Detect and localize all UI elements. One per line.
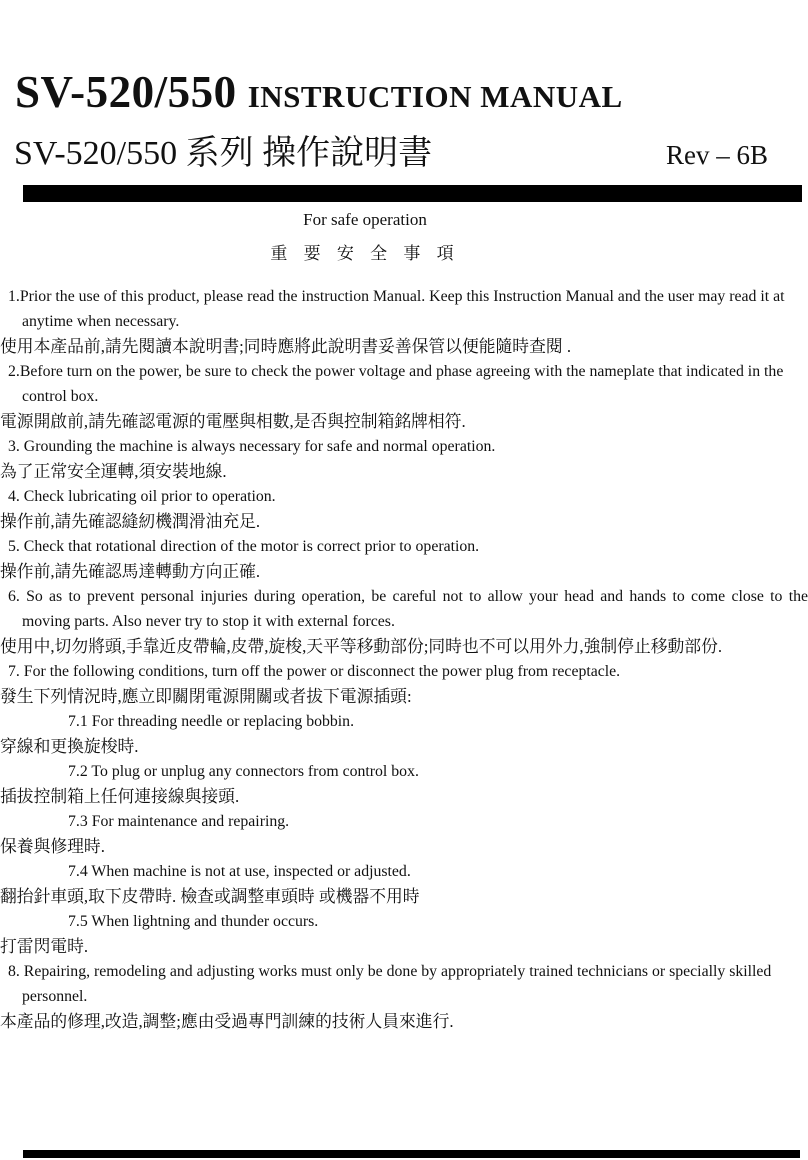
item-number: 2. — [8, 363, 20, 380]
item-number: 7.4 — [68, 863, 91, 880]
list-item: 8. Repairing, remodeling and adjusting w… — [0, 959, 808, 1034]
important-safety-heading-zh: 重 要 安 全 事 項 — [0, 243, 730, 265]
revision-label: Rev – 6B — [666, 142, 768, 169]
page-title: SV-520/550INSTRUCTION MANUAL — [15, 70, 808, 115]
item-text-zh: 使用中,切勿將頭,手靠近皮帶輪,皮帶,旋梭,天平等移動部份;同時也不可以用外力,… — [0, 634, 808, 659]
manual-page: SV-520/550INSTRUCTION MANUAL SV-520/550 … — [0, 0, 808, 1160]
item-text-en: To plug or unplug any connectors from co… — [91, 763, 419, 780]
footer-rule — [23, 1150, 800, 1158]
item-number: 6. — [8, 588, 26, 605]
item-number: 7.1 — [68, 713, 92, 730]
safety-instructions-list: 1.Prior the use of this product, please … — [0, 284, 808, 1034]
header-rule — [23, 185, 802, 202]
item-line-en: 7.1 For threading needle or replacing bo… — [0, 709, 808, 734]
list-item: 7.2 To plug or unplug any connectors fro… — [0, 759, 808, 809]
list-item: 3. Grounding the machine is always neces… — [0, 434, 808, 484]
item-text-zh: 插拔控制箱上任何連接線與接頭. — [0, 784, 808, 809]
item-text-zh: 穿線和更換旋梭時. — [0, 734, 808, 759]
item-number: 7.2 — [68, 763, 91, 780]
item-text-zh: 操作前,請先確認馬達轉動方向正確. — [0, 559, 808, 584]
item-text-zh: 翻抬針車頭,取下皮帶時. 檢查或調整車頭時 或機器不用時 — [0, 884, 808, 909]
item-line-en: 7.5 When lightning and thunder occurs. — [0, 909, 808, 934]
item-text-en: When machine is not at use, inspected or… — [91, 863, 410, 880]
item-text-en: So as to prevent personal injuries durin… — [22, 588, 808, 630]
item-text-en: Prior the use of this product, please re… — [20, 288, 785, 330]
item-line-en: 7.4 When machine is not at use, inspecte… — [0, 859, 808, 884]
item-text-en: When lightning and thunder occurs. — [91, 913, 318, 930]
safe-operation-heading-en: For safe operation — [0, 209, 730, 231]
item-text-zh: 本產品的修理,改造,調整;應由受過專門訓練的技術人員來進行. — [0, 1009, 808, 1034]
item-text-en: Grounding the machine is always necessar… — [24, 438, 496, 455]
item-text-en: Check that rotational direction of the m… — [24, 538, 479, 555]
item-text-zh: 為了正常安全運轉,須安裝地線. — [0, 459, 808, 484]
list-item: 6. So as to prevent personal injuries du… — [0, 584, 808, 659]
model-number-title: SV-520/550 — [15, 67, 237, 117]
instruction-manual-title: INSTRUCTION MANUAL — [248, 79, 623, 114]
item-text-en: For maintenance and repairing. — [92, 813, 289, 830]
list-item: 5. Check that rotational direction of th… — [0, 534, 808, 584]
section-heading: For safe operation 重 要 安 全 事 項 — [0, 209, 730, 265]
list-item: 7.4 When machine is not at use, inspecte… — [0, 859, 808, 909]
list-item: 4. Check lubricating oil prior to operat… — [0, 484, 808, 534]
list-item: 7. For the following conditions, turn of… — [0, 659, 808, 709]
item-text-en: Check lubricating oil prior to operation… — [24, 488, 276, 505]
list-item: 7.5 When lightning and thunder occurs. 打… — [0, 909, 808, 959]
item-number: 7.3 — [68, 813, 92, 830]
item-line-en: 5. Check that rotational direction of th… — [0, 534, 786, 559]
item-text-en: Repairing, remodeling and adjusting work… — [22, 963, 771, 1005]
item-line-en: 7. For the following conditions, turn of… — [0, 659, 786, 684]
subtitle-chinese: SV-520/550 系列 操作說明書 — [14, 137, 432, 171]
list-item: 7.1 For threading needle or replacing bo… — [0, 709, 808, 759]
item-line-en: 3. Grounding the machine is always neces… — [0, 434, 786, 459]
item-number: 1. — [8, 288, 20, 305]
item-text-zh: 使用本產品前,請先閱讀本說明書;同時應將此說明書妥善保管以便能隨時查閱 . — [0, 334, 808, 359]
list-item: 7.3 For maintenance and repairing. 保養與修理… — [0, 809, 808, 859]
item-text-zh: 打雷閃電時. — [0, 934, 808, 959]
item-line-en: 6. So as to prevent personal injuries du… — [0, 584, 808, 634]
item-text-en: Before turn on the power, be sure to che… — [20, 363, 783, 405]
item-text-zh: 操作前,請先確認縫紉機潤滑油充足. — [0, 509, 808, 534]
item-line-en: 4. Check lubricating oil prior to operat… — [0, 484, 786, 509]
item-text-en: For the following conditions, turn off t… — [24, 663, 620, 680]
item-line-en: 8. Repairing, remodeling and adjusting w… — [0, 959, 786, 1009]
list-item: 1.Prior the use of this product, please … — [0, 284, 808, 359]
item-number: 7. — [8, 663, 24, 680]
item-line-en: 2.Before turn on the power, be sure to c… — [0, 359, 786, 409]
item-line-en: 7.3 For maintenance and repairing. — [0, 809, 808, 834]
item-text-zh: 發生下列情況時,應立即關閉電源開關或者拔下電源插頭: — [0, 684, 808, 709]
item-number: 5. — [8, 538, 24, 555]
item-line-en: 7.2 To plug or unplug any connectors fro… — [0, 759, 808, 784]
item-number: 8. — [8, 963, 24, 980]
item-number: 3. — [8, 438, 24, 455]
item-number: 4. — [8, 488, 24, 505]
item-text-zh: 電源開啟前,請先確認電源的電壓與相數,是否與控制箱銘牌相符. — [0, 409, 808, 434]
subtitle-row: SV-520/550 系列 操作說明書 Rev – 6B — [14, 137, 768, 171]
item-number: 7.5 — [68, 913, 91, 930]
list-item: 2.Before turn on the power, be sure to c… — [0, 359, 808, 434]
item-line-en: 1.Prior the use of this product, please … — [0, 284, 786, 334]
item-text-zh: 保養與修理時. — [0, 834, 808, 859]
item-text-en: For threading needle or replacing bobbin… — [92, 713, 354, 730]
